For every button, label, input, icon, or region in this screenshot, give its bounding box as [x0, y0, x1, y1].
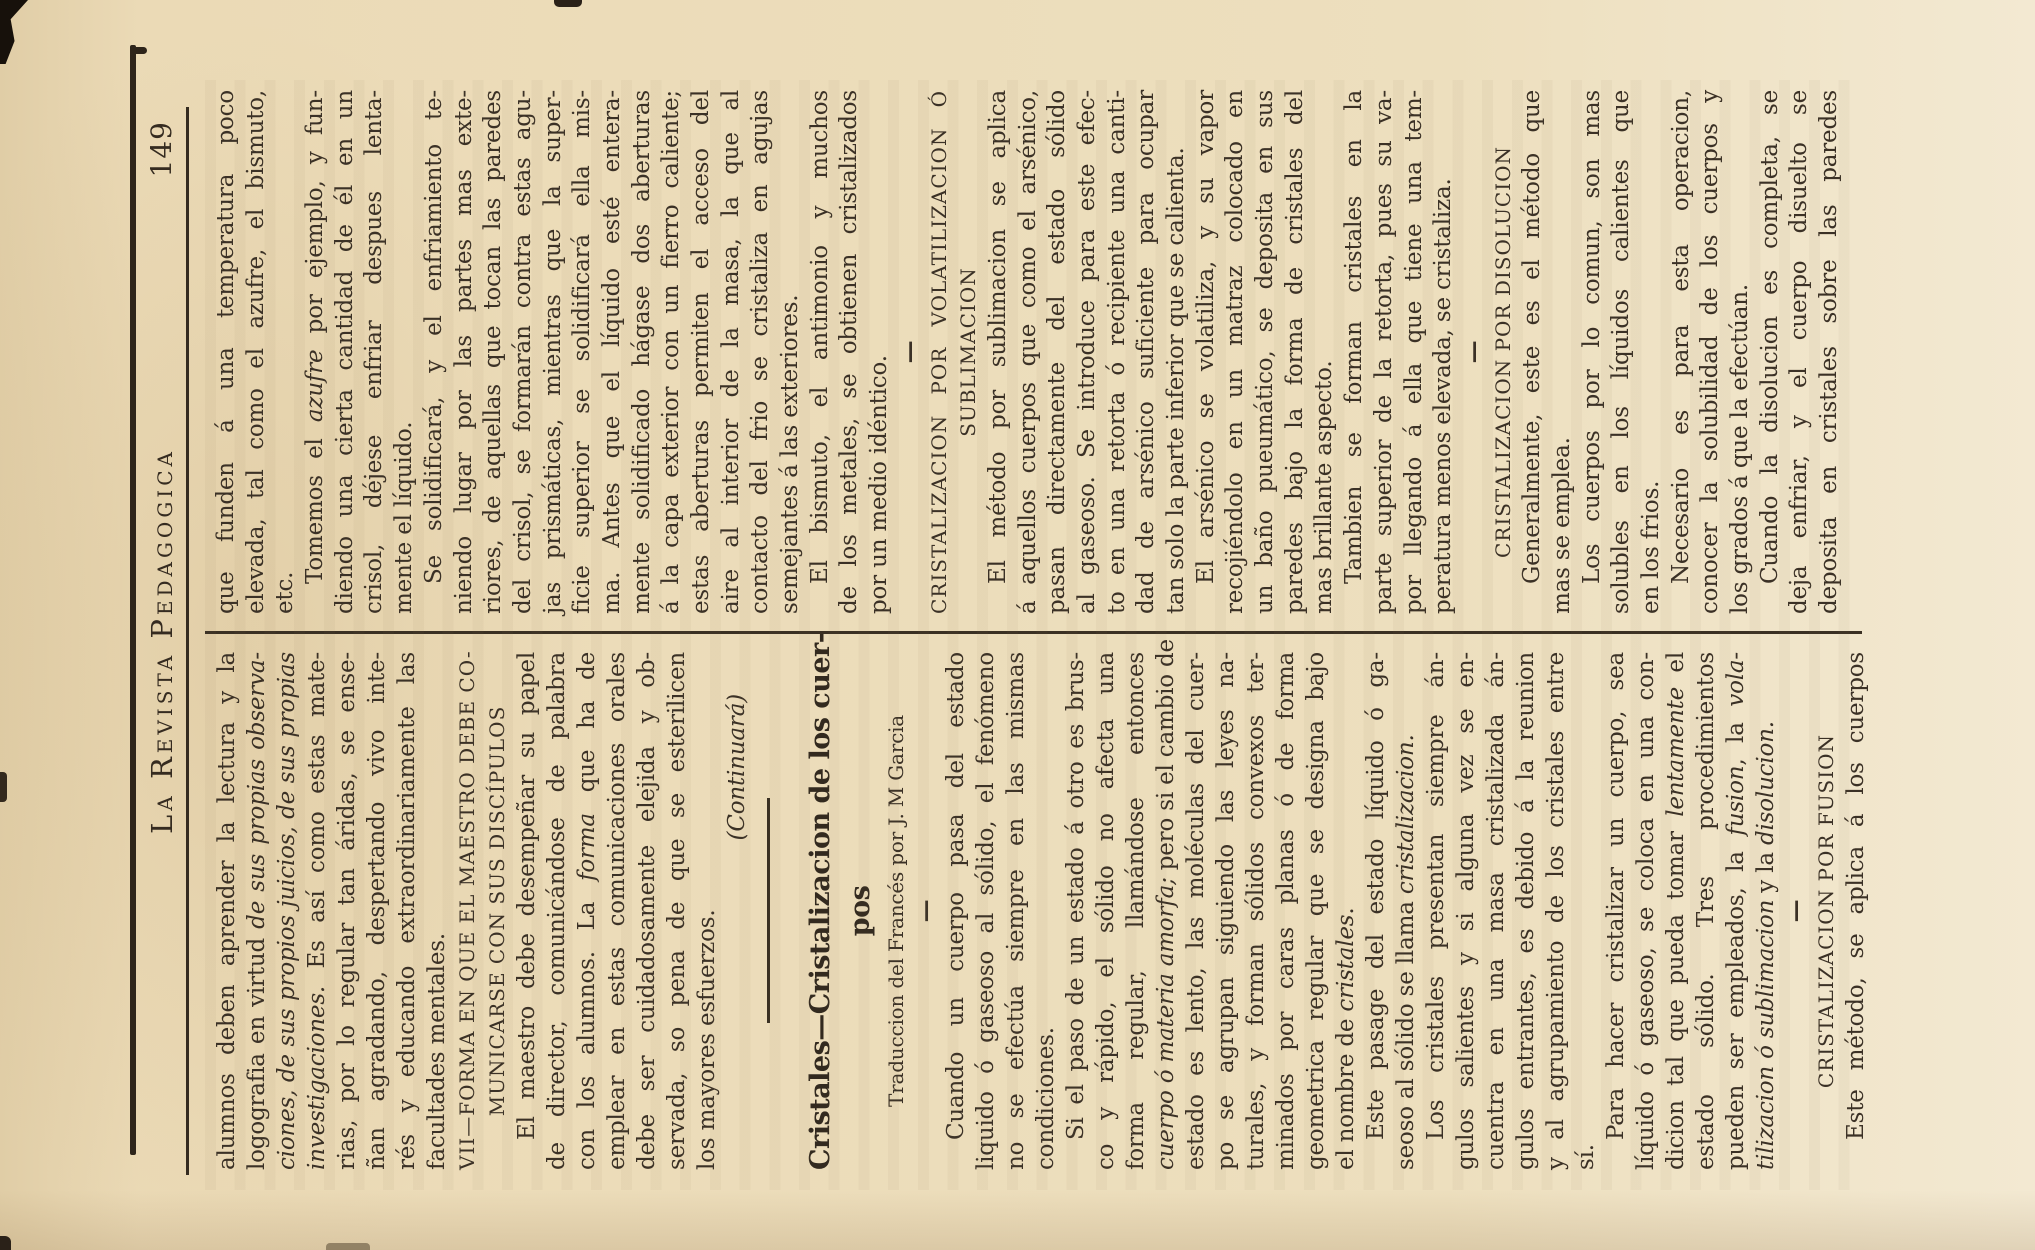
text-line: seoso al sólido se llama cristalizacion.: [1391, 652, 1421, 1170]
text-line: pasan directamente del estado sólido: [1043, 90, 1073, 614]
text-line: (Continuará): [722, 652, 752, 1170]
text-line: elevada, tal como el azufre, el bismuto,: [242, 90, 272, 614]
text-line: El bismuto, el antimonio y muchos: [806, 90, 836, 614]
text-line: El método por sublimacion se aplica: [984, 90, 1014, 614]
text-line: alumnos deben aprender la lectura y la: [212, 652, 242, 1170]
right-column: que funden á una temperatura pocoelevada…: [212, 90, 1845, 614]
text-line: á la capa exterior con un fierro calient…: [657, 90, 687, 614]
text-line: y al agrupamiento de los cristales entre: [1541, 652, 1571, 1170]
text-line: liquido ó gaseoso al sólido, el fenómeno: [971, 652, 1001, 1170]
text-line: geometrica regular que se designa bajo: [1301, 652, 1331, 1170]
text-line: co y rápido, el sólido no afecta una: [1091, 652, 1121, 1170]
text-line: Cuando la disolucion es completa, se: [1756, 90, 1786, 614]
text-line: los grados á que la efectúan.: [1726, 90, 1756, 614]
scanned-journal-page: La Revista Pedagogica 149 alumnos deben …: [0, 0, 2035, 1250]
header-rule-curl: [130, 47, 147, 54]
text-line: que funden á una temperatura poco: [212, 90, 242, 614]
text-line: gulos salientes y si alguna vez se en-: [1451, 652, 1481, 1170]
text-line: El arsénico se volatiliza, y su vapor: [1192, 90, 1222, 614]
text-line: Se solidificará, y el enfriamiento te-: [420, 90, 450, 614]
text-line: mente solidificado hágase dos aberturas: [628, 90, 658, 614]
text-line: recojiéndolo en un matraz colocado en: [1221, 90, 1251, 614]
text-line: ficie superior se solidificará ella mis-: [568, 90, 598, 614]
text-line: peratura menos elevada, se cristaliza.: [1429, 90, 1459, 614]
text-line: pos: [841, 652, 881, 1170]
text-line: mente el líquido.: [390, 90, 420, 614]
text-line: Tambien se forman cristales en la: [1340, 90, 1370, 614]
column-divider-rule: [205, 631, 1862, 634]
text-line: Los cuerpos por lo comun, son mas: [1578, 90, 1608, 614]
text-line: sí.: [1571, 652, 1601, 1170]
text-line: conocer la solubilidad de los cuerpos y: [1696, 90, 1726, 614]
running-head: La Revista Pedagogica 149: [144, 107, 180, 1175]
text-line: investigaciones. Es así como estas mate-: [302, 652, 332, 1170]
text-line: pueden ser empleados, la fusion, la vola…: [1721, 652, 1751, 1170]
scan-artifact-corner: [0, 1236, 11, 1250]
text-line: al gaseoso. Se introduce para este efec-: [1073, 90, 1103, 614]
text-line: estado sólido. Tres procedimientos: [1691, 652, 1721, 1170]
text-line: Para hacer cristalizar un cuerpo, sea: [1601, 652, 1631, 1170]
text-line: crisol, déjese enfriar despues lenta-: [360, 90, 390, 614]
page: La Revista Pedagogica 149 alumnos deben …: [0, 0, 2035, 1250]
text-line: riores, de aquellas que tocan las parede…: [479, 90, 509, 614]
journal-title: La Revista Pedagogica: [144, 107, 180, 1175]
text-line: contacto del frio se cristaliza en aguja…: [746, 90, 776, 614]
text-line: debe ser cuidadosamente elejida y ob-: [632, 652, 662, 1170]
text-line: CRISTALIZACION POR DISOLUCION: [1489, 90, 1519, 614]
text-line: SUBLIMACION: [954, 90, 984, 614]
text-line: etc.: [271, 90, 301, 614]
text-line: Tomemos el azufre por ejemplo, y fun-: [301, 90, 331, 614]
text-line: Traduccion del Francés por J. M Garcia: [881, 652, 911, 1170]
scan-artifact-speck: [0, 772, 7, 802]
text-line: los mayores esfuerzos.: [692, 652, 722, 1170]
text-line: estas aberturas permiten el acceso del: [687, 90, 717, 614]
text-line: facultades mentales.: [422, 652, 452, 1170]
text-line: del crisol, se formarán contra estas agu…: [509, 90, 539, 614]
text-line: minados por caras planas ó de forma: [1271, 652, 1301, 1170]
text-line: no se efectúa siempre en las mismas: [1001, 652, 1031, 1170]
text-line: por un medio idéntico.: [865, 90, 895, 614]
text-line: Los cristales presentan siempre án-: [1421, 652, 1451, 1170]
text-line: turales, y forman sólidos convexos ter-: [1241, 652, 1271, 1170]
text-line: CRISTALIZACION POR VOLATILIZACION Ó: [925, 90, 955, 614]
header-rule-thin: [186, 107, 189, 1175]
text-line: —: [1459, 90, 1489, 614]
text-line: cuerpo ó materia amorfa; pero si el camb…: [1151, 652, 1181, 1170]
text-line: —: [895, 90, 925, 614]
text-line: gulos entrantes, es debido á la reunion: [1511, 652, 1541, 1170]
text-line: dicion tal que pueda tomar lentamente el: [1661, 652, 1691, 1170]
text-line: un baño pueumático, se deposita en sus: [1251, 90, 1281, 614]
text-line: con los alumnos. La forma que ha de: [572, 652, 602, 1170]
text-line: aire al interior de la masa, la que al: [717, 90, 747, 614]
text-line: Generalmente, este es el método que: [1518, 90, 1548, 614]
text-line: mas brillante aspecto.: [1310, 90, 1340, 614]
section-rule: [767, 652, 801, 1170]
text-line: Cristales—Cristalizacion de los cuer-: [801, 652, 841, 1170]
text-line: rias, por lo regular tan áridas, se ense…: [332, 652, 362, 1170]
scan-artifact-speck: [326, 1243, 370, 1250]
header-rule-thick: [130, 45, 136, 1155]
text-line: de director, comunicándose de palabra: [542, 652, 572, 1170]
text-line: rés y educando extraordinariamente las: [392, 652, 422, 1170]
text-line: líquido ó gaseoso, se coloca en una con-: [1631, 652, 1661, 1170]
text-line: cuentra en una masa cristalizada án-: [1481, 652, 1511, 1170]
text-line: dad de arsénico suficiente para ocupar: [1132, 90, 1162, 614]
text-line: po se agrupan siguiendo las leyes na-: [1211, 652, 1241, 1170]
text-line: deja enfriar, y el cuerpo disuelto se: [1785, 90, 1815, 614]
text-line: El maestro debe desempeñar su papel: [512, 652, 542, 1170]
text-line: de los metales, se obtienen cristalizado…: [835, 90, 865, 614]
text-line: diendo una cierta cantidad de él en un: [331, 90, 361, 614]
text-line: forma regular, llamándose entonces: [1121, 652, 1151, 1170]
text-line: mas se emplea.: [1548, 90, 1578, 614]
text-line: niendo lugar por las partes mas exte-: [450, 90, 480, 614]
left-column: alumnos deben aprender la lectura y lalo…: [212, 652, 1871, 1170]
text-line: en los frios.: [1637, 90, 1667, 614]
text-line: Este pasage del estado líquido ó ga-: [1361, 652, 1391, 1170]
text-line: Cuando un cuerpo pasa del estado: [941, 652, 971, 1170]
text-line: tilizacion ó sublimacion y la disolucion…: [1751, 652, 1781, 1170]
text-line: tan solo la parte inferior que se calien…: [1162, 90, 1192, 614]
text-line: Si el paso de un estado á otro es brus-: [1061, 652, 1091, 1170]
text-line: logografia en virtud de sus propias obse…: [242, 652, 272, 1170]
text-line: deposita en cristales sobre las paredes: [1815, 90, 1845, 614]
text-line: ma. Antes que el líquido esté entera-: [598, 90, 628, 614]
page-number: 149: [144, 121, 180, 177]
text-line: ñan agradando, despertando vivo inte-: [362, 652, 392, 1170]
text-line: MUNICARSE CON SUS DISCÍPULOS: [482, 652, 512, 1170]
text-line: el nombre de cristales.: [1331, 652, 1361, 1170]
text-line: ciones, de sus propios juicios, de sus p…: [272, 652, 302, 1170]
text-line: á aquellos cuerpos que como el arsénico,: [1014, 90, 1044, 614]
text-line: servada, so pena de que se esterilicen: [662, 652, 692, 1170]
text-line: por llegando á ella que tiene una tem-: [1400, 90, 1430, 614]
text-line: to en una retorta ó recipiente una canti…: [1103, 90, 1133, 614]
text-line: paredes bajo la forma de cristales del: [1281, 90, 1311, 614]
text-line: parte superior de la retorta, pues su va…: [1370, 90, 1400, 614]
text-line: Necesario es para esta operacion,: [1667, 90, 1697, 614]
text-line: —: [1781, 652, 1811, 1170]
text-line: Este método, se aplica á los cuerpos: [1841, 652, 1871, 1170]
text-line: solubles en los líquidos calientes que: [1607, 90, 1637, 614]
text-line: estado es lento, las moléculas del cuer-: [1181, 652, 1211, 1170]
text-line: emplear en estas comunicaciones orales: [602, 652, 632, 1170]
text-line: condiciones.: [1031, 652, 1061, 1170]
text-line: VII—FORMA EN QUE EL MAESTRO DEBE CO-: [452, 652, 482, 1170]
text-line: —: [911, 652, 941, 1170]
text-line: semejantes á las exteriores.: [776, 90, 806, 614]
text-line: jas prismáticas, mientras que la super-: [539, 90, 569, 614]
scan-artifact-speck: [554, 0, 582, 7]
text-line: CRISTALIZACION POR FUSION: [1811, 652, 1841, 1170]
